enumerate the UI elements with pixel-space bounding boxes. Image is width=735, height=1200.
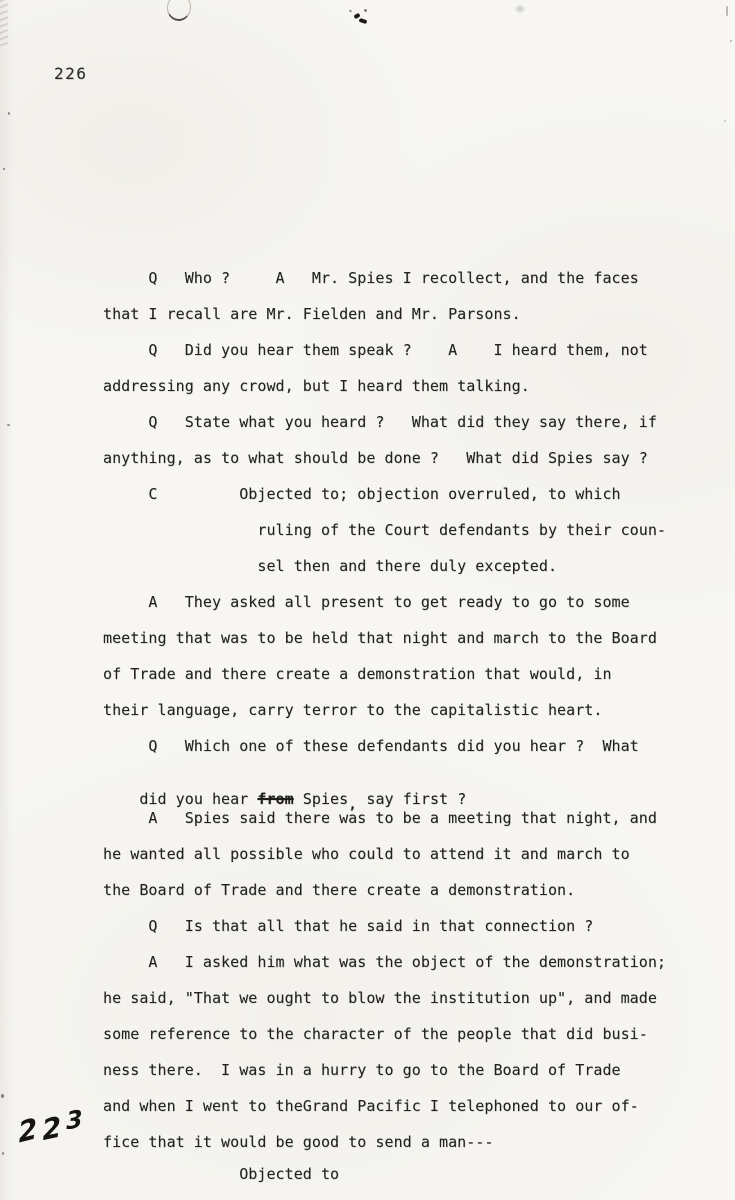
handwritten-digit: 2 bbox=[17, 1111, 38, 1149]
transcript-line: Q Who ? A Mr. Spies I recollect, and the… bbox=[103, 270, 639, 287]
ink-smudge-ring bbox=[166, 0, 193, 22]
ink-speck bbox=[724, 120, 726, 122]
transcript-line: addressing any crowd, but I heard them t… bbox=[103, 378, 530, 395]
transcript-line: the Board of Trade and there create a de… bbox=[103, 882, 575, 899]
line-text: did you hear bbox=[139, 790, 257, 808]
ink-speck bbox=[726, 6, 728, 16]
transcript-line: A Spies said there was to be a meeting t… bbox=[103, 810, 657, 827]
ink-smudge bbox=[348, 6, 374, 28]
faint-smudge bbox=[516, 6, 524, 12]
transcript-line: sel then and there duly excepted. bbox=[103, 558, 557, 575]
ink-speck bbox=[2, 1152, 4, 1155]
transcript-line: A I asked him what was the object of the… bbox=[103, 954, 666, 971]
transcript-line: ruling of the Court defendants by their … bbox=[103, 522, 666, 539]
transcript-line: Objected to bbox=[103, 1166, 339, 1183]
line-text: Spies bbox=[294, 790, 349, 808]
ink-speck bbox=[7, 424, 10, 426]
transcript-line: meeting that was to be held that night a… bbox=[103, 630, 657, 647]
transcript-line: Q State what you heard ? What did they s… bbox=[103, 414, 657, 431]
transcript-line: that I recall are Mr. Fielden and Mr. Pa… bbox=[103, 306, 521, 323]
transcript-line: some reference to the character of the p… bbox=[103, 1026, 648, 1043]
transcript-line: and when I went to theGrand Pacific I te… bbox=[103, 1098, 639, 1115]
handwritten-digit: 2 bbox=[41, 1110, 62, 1147]
transcript-line: their language, carry terror to the capi… bbox=[103, 702, 602, 719]
ink-speck bbox=[3, 168, 5, 170]
ink-speck bbox=[1, 1094, 4, 1098]
transcript-line: Q Did you hear them speak ? A I heard th… bbox=[103, 342, 648, 359]
struck-word: from bbox=[257, 790, 293, 808]
handwritten-page-number: 2 2 3 bbox=[16, 1104, 116, 1154]
transcript-line: of Trade and there create a demonstratio… bbox=[103, 666, 612, 683]
ink-speck bbox=[730, 40, 732, 42]
transcript-line: Q Is that all that he said in that conne… bbox=[103, 918, 593, 935]
transcript-line: Q Which one of these defendants did you … bbox=[103, 738, 639, 755]
transcript-line: he said, "That we ought to blow the inst… bbox=[103, 990, 657, 1007]
ink-speck bbox=[8, 112, 10, 115]
page-number: 226 bbox=[54, 64, 87, 83]
transcript-line: A They asked all present to get ready to… bbox=[103, 594, 630, 611]
transcript-line: he wanted all possible who could to atte… bbox=[103, 846, 630, 863]
transcript-line: anything, as to what should be done ? Wh… bbox=[103, 450, 648, 467]
document-page: 226 Q Who ? A Mr. Spies I recollect, and… bbox=[0, 0, 735, 1200]
transcript-line: C Objected to; objection overruled, to w… bbox=[103, 486, 621, 503]
scan-edge-artifact bbox=[0, 0, 8, 46]
transcript-line: fice that it would be good to send a man… bbox=[103, 1134, 493, 1151]
transcript-line: ness there. I was in a hurry to go to th… bbox=[103, 1062, 621, 1079]
line-text: say first ? bbox=[357, 790, 466, 808]
handwritten-digit: 3 bbox=[66, 1105, 84, 1135]
